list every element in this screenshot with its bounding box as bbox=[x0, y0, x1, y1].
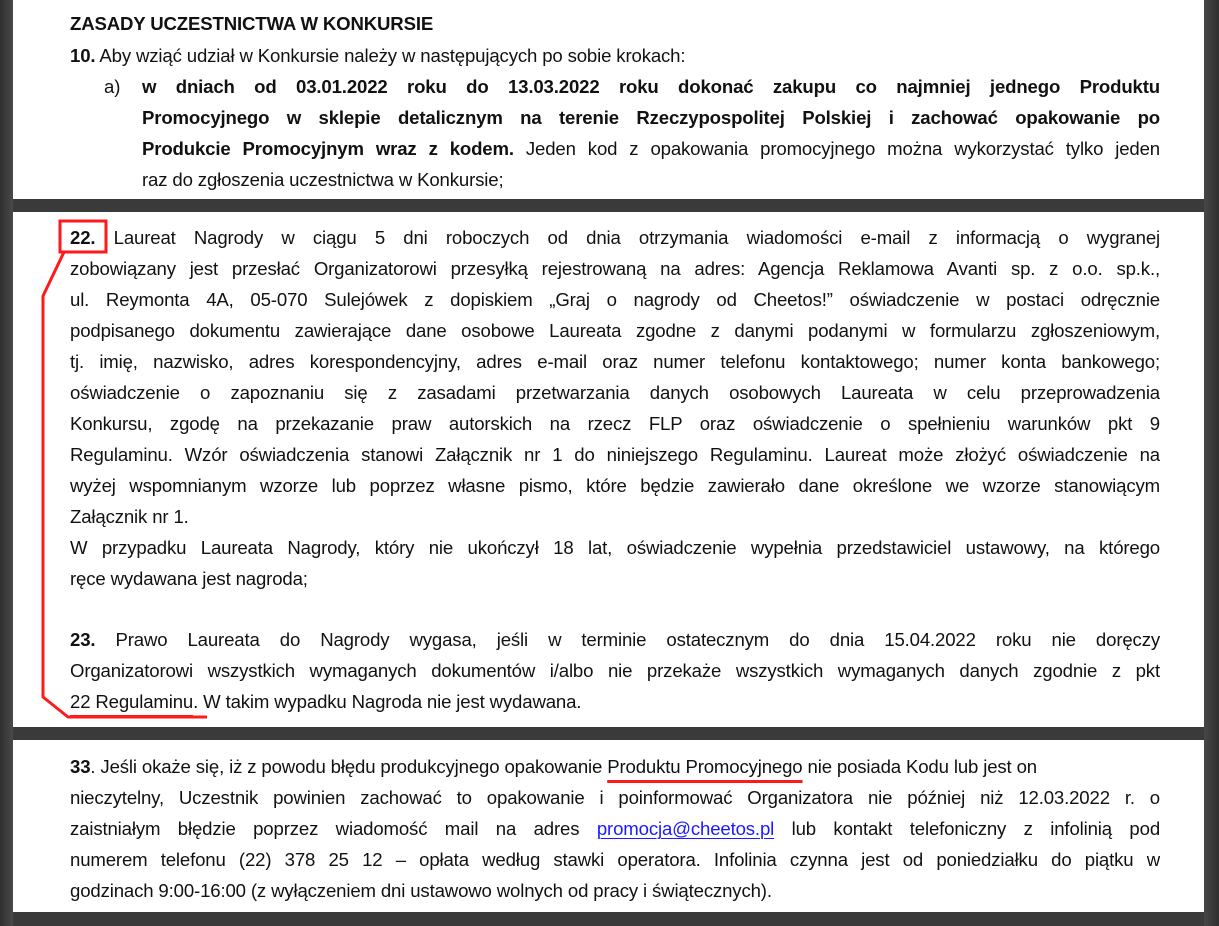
paragraph-22-line: oświadczenie o zapoznaniu się z zasadami… bbox=[70, 381, 1160, 405]
paragraph-23-line: 23. Prawo Laureata do Nagrody wygasa, je… bbox=[70, 628, 1160, 652]
paragraph-33-line: numerem telefonu (22) 378 25 12 – opłata… bbox=[70, 848, 1160, 872]
text-segment: Organizatorowi przesyłką rejestrowaną na… bbox=[300, 258, 1160, 279]
highlighted-text: Produktu Promocyjnego bbox=[607, 756, 802, 777]
text-segment: zobowiązany jest bbox=[70, 258, 232, 279]
highlighted-text: Produkcie Promocyjnym wraz z kodem. bbox=[142, 138, 514, 159]
paragraph-22-line: Załącznik nr 1. bbox=[70, 505, 1160, 529]
item-a-line-4: raz do zgłoszenia uczestnictwa w Konkurs… bbox=[142, 168, 503, 192]
paragraph-number: 33 bbox=[70, 756, 90, 777]
section-heading: ZASADY UCZESTNICTWA W KONKURSIE bbox=[70, 12, 433, 36]
text-segment: zaistniałym błędzie poprzez wiadomość ma… bbox=[70, 818, 597, 839]
text-segment: . W takim wypadku Nagroda nie jest wydaw… bbox=[193, 691, 581, 712]
item-a-line-3: Produkcie Promocyjnym wraz z kodem. Jede… bbox=[142, 137, 1160, 161]
paragraph-23-line: Organizatorowi wszystkich wymaganych dok… bbox=[70, 659, 1160, 683]
highlighted-text: przesłać bbox=[232, 258, 300, 279]
paragraph-22-line: W przypadku Laureata Nagrody, który nie … bbox=[70, 536, 1160, 560]
paragraph-22-line: zobowiązany jest przesłać Organizatorowi… bbox=[70, 257, 1160, 281]
paragraph-22-line: wyżej wspomnianym wzorze lub poprzez wła… bbox=[70, 474, 1160, 498]
paragraph-number: 22. bbox=[70, 227, 95, 248]
item-a-line-2: Promocyjnego w sklepie detalicznym na te… bbox=[142, 106, 1160, 130]
paragraph-22-line: tj. imię, nazwisko, adres korespondencyj… bbox=[70, 350, 1160, 374]
text-segment: Prawo Laureata do Nagrody wygasa, jeśli … bbox=[95, 629, 1160, 650]
paragraph-22-line: 22. Laureat Nagrody w ciągu 5 dni robocz… bbox=[70, 226, 1160, 250]
text-segment: Organizatorowi wszystkich wymaganych dok… bbox=[70, 660, 736, 681]
paragraph-10: 10. Aby wziąć udział w Konkursie należy … bbox=[70, 44, 685, 68]
paragraph-number: 23. bbox=[70, 629, 95, 650]
item-a-line-1: w dniach od 03.01.2022 roku do 13.03.202… bbox=[142, 75, 1160, 99]
paragraph-number: 10. bbox=[70, 45, 95, 66]
paragraph-22-line: Regulaminu. Wzór oświadczenia stanowi Za… bbox=[70, 443, 1160, 467]
paragraph-33-line: 33. Jeśli okaże się, iż z powodu błędu p… bbox=[70, 755, 1160, 779]
document-excerpt-rules: ZASADY UCZESTNICTWA W KONKURSIE 10. Aby … bbox=[13, 0, 1204, 199]
list-item-label: a) bbox=[104, 75, 120, 99]
text-segment: ul. Reymonta 4A, 05-070 Sulejówek z dopi… bbox=[70, 289, 850, 310]
paragraph-text: Aby wziąć udział w Konkursie należy w na… bbox=[95, 45, 685, 66]
paragraph-22-line: podpisanego dokumentu zawierające dane o… bbox=[70, 319, 1160, 343]
paragraph-22-line: ręce wydawana jest nagroda; bbox=[70, 567, 1160, 591]
text-segment: nie posiada Kodu lub jest on bbox=[803, 756, 1037, 777]
highlighted-text: oświadczenie bbox=[850, 289, 977, 310]
screen-frame-left bbox=[0, 0, 13, 926]
paragraph-33-line: godzinach 9:00-16:00 (z wyłączeniem dni … bbox=[70, 879, 1160, 903]
paragraph-22-line: ul. Reymonta 4A, 05-070 Sulejówek z dopi… bbox=[70, 288, 1160, 312]
document-excerpt-laureate: 22. Laureat Nagrody w ciągu 5 dni robocz… bbox=[13, 212, 1204, 727]
highlighted-text: wszystkich wymaganych danych zgodnie z p… bbox=[736, 660, 1160, 681]
document-excerpt-defective-packaging: 33. Jeśli okaże się, iż z powodu błędu p… bbox=[13, 740, 1204, 912]
screen-frame-right bbox=[1204, 0, 1219, 926]
text-segment: Jeden kod z opakowania promocyjnego możn… bbox=[514, 138, 1160, 159]
highlighted-text: 22 Regulaminu bbox=[70, 691, 193, 712]
email-link[interactable]: promocja@cheetos.pl bbox=[597, 818, 774, 839]
paragraph-33-line: nieczytelny, Uczestnik powinien zachować… bbox=[70, 786, 1160, 810]
paragraph-33-line: zaistniałym błędzie poprzez wiadomość ma… bbox=[70, 817, 1160, 841]
text-segment: lub kontakt telefoniczny z infolinią pod bbox=[774, 818, 1160, 839]
paragraph-23-line: 22 Regulaminu. W takim wypadku Nagroda n… bbox=[70, 690, 1160, 714]
text-segment: Laureat Nagrody w ciągu 5 dni roboczych … bbox=[95, 227, 1160, 248]
text-segment: w postaci odręcznie bbox=[976, 289, 1160, 310]
paragraph-22-line: Konkursu, zgodę na przekazanie praw auto… bbox=[70, 412, 1160, 436]
text-segment: . Jeśli okaże się, iż z powodu błędu pro… bbox=[90, 756, 607, 777]
highlighted-text: zachować opakowanie po bbox=[911, 107, 1160, 128]
text-segment: Promocyjnego w sklepie detalicznym na te… bbox=[142, 107, 911, 128]
